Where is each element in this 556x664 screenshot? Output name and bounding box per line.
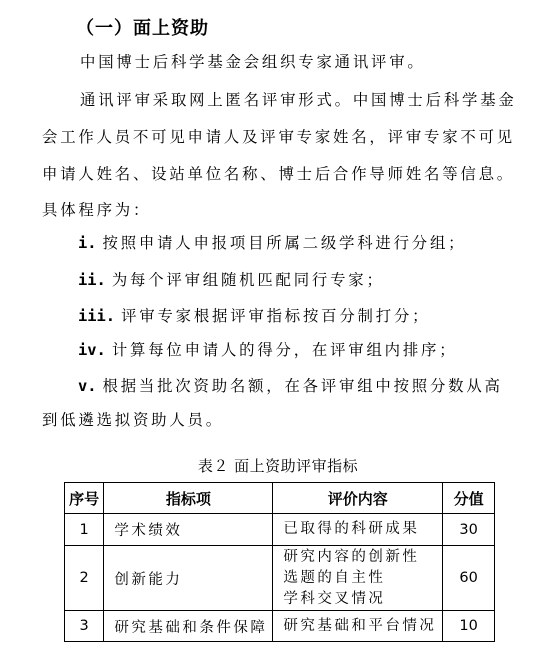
document-page: （一）面上资助 中国博士后科学基金会组织专家通讯评审。 通讯评审采取网上匿名评审… xyxy=(0,0,556,664)
table-row: 3 研究基础和条件保障 研究基础和平台情况 10 xyxy=(65,611,495,642)
list-item-text: 计算每位申请人的得分，在评审组内排序； xyxy=(112,341,458,359)
section-heading: （一）面上资助 xyxy=(76,14,209,40)
table-row: 2 创新能力 研究内容的创新性 选题的自主性 学科交叉情况 60 xyxy=(65,546,495,611)
content-line: 已取得的科研成果 xyxy=(283,519,442,540)
header-content: 评价内容 xyxy=(273,483,443,514)
cell-item: 研究基础和条件保障 xyxy=(104,611,273,642)
paragraph-line: 会工作人员不可见申请人及评审专家姓名，评审专家不可见 xyxy=(42,127,515,147)
paragraph-line: 具体程序为： xyxy=(42,200,151,220)
cell-score: 30 xyxy=(443,514,495,546)
list-item-text: 为每个评审组随机匹配同行专家； xyxy=(112,271,385,289)
header-item: 指标项 xyxy=(104,483,273,514)
paragraph-line: 中国博士后科学基金会组织专家通讯评审。 xyxy=(80,52,426,72)
list-item-text: 根据当批次资助名额，在各评审组中按照分数从高 xyxy=(103,377,503,395)
table-header-row: 序号 指标项 评价内容 分值 xyxy=(65,483,495,514)
list-item: i.按照申请人申报项目所属二级学科进行分组； xyxy=(78,233,466,253)
paragraph-line: 通讯评审采取网上匿名评审形式。中国博士后科学基金 xyxy=(80,90,517,110)
table-caption: 表２ 面上资助评审指标 xyxy=(0,455,556,476)
list-marker: i. xyxy=(78,234,97,252)
criteria-table: 序号 指标项 评价内容 分值 1 学术绩效 已取得的科研成果 30 2 创新能力… xyxy=(64,482,495,642)
table-row: 1 学术绩效 已取得的科研成果 30 xyxy=(65,514,495,546)
cell-item: 学术绩效 xyxy=(104,514,273,546)
list-marker: iii. xyxy=(78,307,115,325)
cell-no: 1 xyxy=(65,514,104,546)
list-item: iii.评审专家根据评审指标按百分制打分； xyxy=(78,306,430,326)
content-line: 研究内容的创新性 xyxy=(283,547,442,568)
content-line: 选题的自主性 xyxy=(283,568,442,589)
cell-content: 研究内容的创新性 选题的自主性 学科交叉情况 xyxy=(273,546,443,611)
content-line: 学科交叉情况 xyxy=(283,589,442,610)
cell-item: 创新能力 xyxy=(104,546,273,611)
cell-score: 60 xyxy=(443,546,495,611)
cell-content: 已取得的科研成果 xyxy=(273,514,443,546)
list-item-text: 按照申请人申报项目所属二级学科进行分组； xyxy=(103,234,467,252)
cell-score: 10 xyxy=(443,611,495,642)
list-marker: iv. xyxy=(78,341,106,359)
list-item: v.根据当批次资助名额，在各评审组中按照分数从高 xyxy=(78,376,503,396)
cell-no: 2 xyxy=(65,546,104,611)
header-score: 分值 xyxy=(443,483,495,514)
list-item: iv.计算每位申请人的得分，在评审组内排序； xyxy=(78,340,457,360)
list-item-text: 评审专家根据评审指标按百分制打分； xyxy=(121,307,430,325)
cell-content: 研究基础和平台情况 xyxy=(273,611,443,642)
cell-no: 3 xyxy=(65,611,104,642)
paragraph-line: 申请人姓名、设站单位名称、博士后合作导师姓名等信息。 xyxy=(42,164,515,184)
content-line: 研究基础和平台情况 xyxy=(283,616,442,637)
list-item-continuation: 到低遴选拟资助人员。 xyxy=(42,410,224,430)
header-no: 序号 xyxy=(65,483,104,514)
list-marker: ii. xyxy=(78,271,106,289)
list-item: ii.为每个评审组随机匹配同行专家； xyxy=(78,270,385,290)
list-marker: v. xyxy=(78,377,97,395)
